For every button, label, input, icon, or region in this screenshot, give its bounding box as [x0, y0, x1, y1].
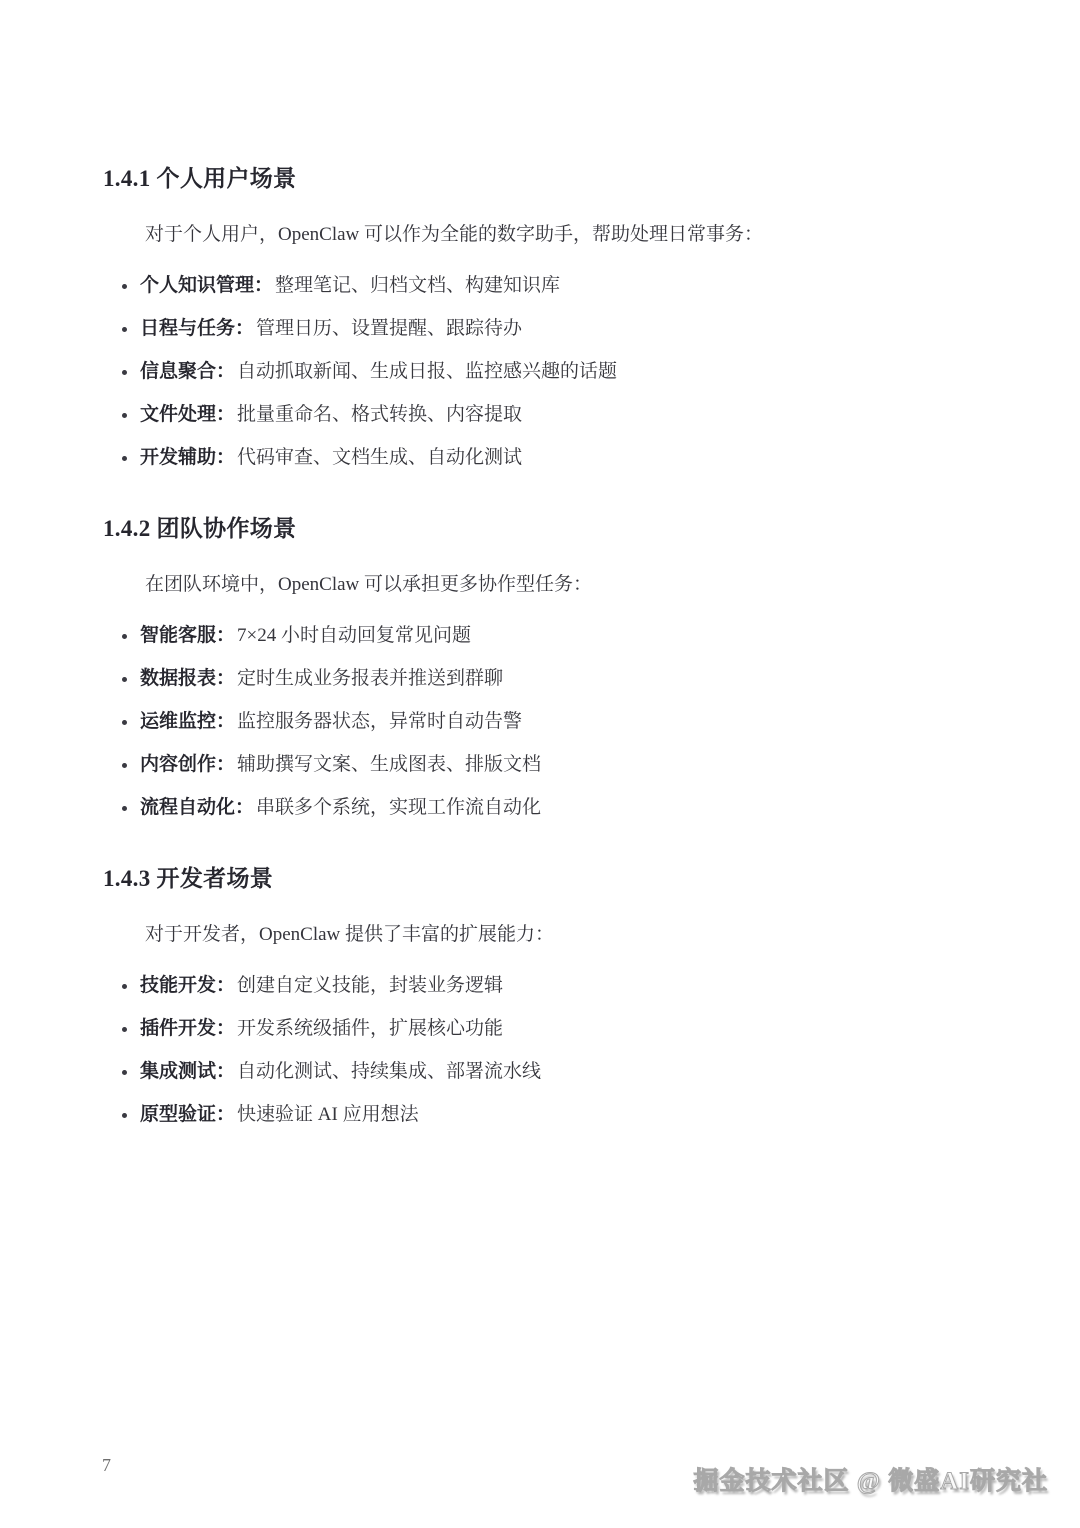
item-label: 插件开发： [140, 1017, 235, 1041]
item-label: 智能客服： [140, 624, 235, 648]
list-item: 数据报表： 定时生成业务报表并推送到群聊 [122, 667, 1020, 691]
section-personal-user: 1.4.1 个人用户场景 对于个人用户，OpenClaw 可以作为全能的数字助手… [103, 164, 1020, 470]
item-text: 自动化测试、持续集成、部署流水线 [237, 1060, 541, 1084]
page-number: 7 [102, 1455, 111, 1475]
item-label: 文件处理： [140, 403, 235, 427]
list-item: 文件处理： 批量重命名、格式转换、内容提取 [122, 403, 1020, 427]
item-text: 7×24 小时自动回复常见问题 [237, 624, 471, 648]
section-team-collaboration: 1.4.2 团队协作场景 在团队环境中，OpenClaw 可以承担更多协作型任务… [103, 514, 1020, 820]
list-item: 日程与任务： 管理日历、设置提醒、跟踪待办 [122, 317, 1020, 341]
list-item: 插件开发： 开发系统级插件，扩展核心功能 [122, 1017, 1020, 1041]
item-label: 运维监控： [140, 710, 235, 734]
watermark: 掘金技术社区 @ 微盛AI研究社 [693, 1461, 1048, 1497]
bullet-icon [122, 720, 127, 725]
list-item: 智能客服： 7×24 小时自动回复常见问题 [122, 624, 1020, 648]
section-intro: 对于开发者，OpenClaw 提供了丰富的扩展能力： [103, 923, 1020, 947]
bullet-icon [122, 677, 127, 682]
bullet-icon [122, 327, 127, 332]
list-item: 信息聚合： 自动抓取新闻、生成日报、监控感兴趣的话题 [122, 360, 1020, 384]
feature-list: 技能开发： 创建自定义技能，封装业务逻辑 插件开发： 开发系统级插件，扩展核心功… [122, 974, 1020, 1127]
item-label: 内容创作： [140, 753, 235, 777]
item-label: 原型验证： [140, 1103, 235, 1127]
list-item: 原型验证： 快速验证 AI 应用想法 [122, 1103, 1020, 1127]
item-text: 代码审查、文档生成、自动化测试 [237, 446, 522, 470]
bullet-icon [122, 1070, 127, 1075]
item-label: 信息聚合： [140, 360, 235, 384]
list-item: 运维监控： 监控服务器状态，异常时自动告警 [122, 710, 1020, 734]
feature-list: 智能客服： 7×24 小时自动回复常见问题 数据报表： 定时生成业务报表并推送到… [122, 624, 1020, 820]
list-item: 个人知识管理： 整理笔记、归档文档、构建知识库 [122, 274, 1020, 298]
item-text: 监控服务器状态，异常时自动告警 [237, 710, 522, 734]
feature-list: 个人知识管理： 整理笔记、归档文档、构建知识库 日程与任务： 管理日历、设置提醒… [122, 274, 1020, 470]
section-developer: 1.4.3 开发者场景 对于开发者，OpenClaw 提供了丰富的扩展能力： 技… [103, 864, 1020, 1127]
item-label: 技能开发： [140, 974, 235, 998]
item-text: 开发系统级插件，扩展核心功能 [237, 1017, 503, 1041]
list-item: 集成测试： 自动化测试、持续集成、部署流水线 [122, 1060, 1020, 1084]
item-text: 创建自定义技能，封装业务逻辑 [237, 974, 503, 998]
document-page: 1.4.1 个人用户场景 对于个人用户，OpenClaw 可以作为全能的数字助手… [0, 0, 1080, 1127]
item-label: 日程与任务： [140, 317, 254, 341]
bullet-icon [122, 1027, 127, 1032]
item-text: 定时生成业务报表并推送到群聊 [237, 667, 503, 691]
item-label: 集成测试： [140, 1060, 235, 1084]
list-item: 流程自动化： 串联多个系统，实现工作流自动化 [122, 796, 1020, 820]
bullet-icon [122, 984, 127, 989]
bullet-icon [122, 370, 127, 375]
bullet-icon [122, 1113, 127, 1118]
section-intro: 对于个人用户，OpenClaw 可以作为全能的数字助手，帮助处理日常事务： [103, 223, 1020, 247]
list-item: 内容创作： 辅助撰写文案、生成图表、排版文档 [122, 753, 1020, 777]
bullet-icon [122, 634, 127, 639]
item-text: 批量重命名、格式转换、内容提取 [237, 403, 522, 427]
bullet-icon [122, 413, 127, 418]
bullet-icon [122, 456, 127, 461]
item-text: 管理日历、设置提醒、跟踪待办 [256, 317, 522, 341]
list-item: 开发辅助： 代码审查、文档生成、自动化测试 [122, 446, 1020, 470]
item-text: 串联多个系统，实现工作流自动化 [256, 796, 541, 820]
item-label: 流程自动化： [140, 796, 254, 820]
item-text: 整理笔记、归档文档、构建知识库 [275, 274, 560, 298]
list-item: 技能开发： 创建自定义技能，封装业务逻辑 [122, 974, 1020, 998]
item-text: 辅助撰写文案、生成图表、排版文档 [237, 753, 541, 777]
bullet-icon [122, 806, 127, 811]
section-heading: 1.4.2 团队协作场景 [103, 514, 1020, 543]
item-label: 开发辅助： [140, 446, 235, 470]
bullet-icon [122, 284, 127, 289]
item-label: 个人知识管理： [140, 274, 273, 298]
item-label: 数据报表： [140, 667, 235, 691]
item-text: 自动抓取新闻、生成日报、监控感兴趣的话题 [237, 360, 617, 384]
section-heading: 1.4.1 个人用户场景 [103, 164, 1020, 193]
section-heading: 1.4.3 开发者场景 [103, 864, 1020, 893]
section-intro: 在团队环境中，OpenClaw 可以承担更多协作型任务： [103, 573, 1020, 597]
item-text: 快速验证 AI 应用想法 [237, 1103, 419, 1127]
bullet-icon [122, 763, 127, 768]
